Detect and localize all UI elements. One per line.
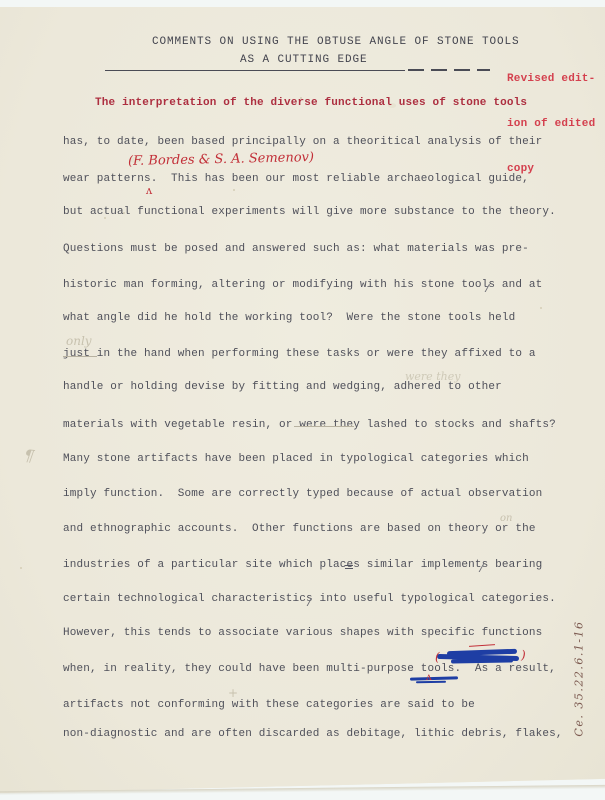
typed-line: what angle did he hold the working tool?… [63, 312, 515, 324]
title-underline-dashes [408, 69, 490, 71]
typed-line: imply function. Some are correctly typed… [63, 488, 542, 500]
document-title-line2: AS A CUTTING EDGE [240, 54, 368, 66]
typed-line: wear patterns. This has been our most re… [63, 173, 529, 185]
overstrike-s [345, 568, 353, 569]
typed-line: but actual functional experiments will g… [63, 206, 556, 218]
typed-line: non-diagnostic and are often discarded a… [63, 728, 563, 740]
red-paren-close: ) [521, 648, 526, 662]
margin-accession-number: Ce. 35.22.6.1-16 [573, 603, 586, 755]
pencil-strike-were-they [294, 426, 354, 427]
typed-line: However, this tends to associate various… [63, 627, 542, 639]
paper-speck [20, 567, 22, 569]
title-underline [105, 70, 405, 71]
pencil-words-were-they: were they [405, 370, 460, 383]
paper-speck [540, 307, 542, 309]
corner-note-line: ion of edited [507, 117, 603, 132]
inserted-comma-slash: / [478, 564, 485, 576]
typed-line: has, to date, been based principally on … [63, 136, 542, 148]
pencil-plus-mark: + [228, 686, 238, 700]
document-title-line1: COMMENTS ON USING THE OBTUSE ANGLE OF ST… [152, 36, 520, 48]
red-paren-open: ( [435, 650, 440, 664]
typed-line: Questions must be posed and answered suc… [63, 243, 529, 255]
typed-line: artifacts not conforming with these cate… [63, 699, 475, 711]
typed-line: industries of a particular site which pl… [63, 559, 542, 571]
pencil-word-only: only [66, 334, 92, 348]
blue-scribble-stroke [451, 658, 513, 663]
red-caret-under-tools: ʌ [426, 672, 432, 683]
inserted-comma-slash: / [484, 284, 491, 296]
document-scan: COMMENTS ON USING THE OBTUSE ANGLE OF ST… [0, 0, 605, 800]
overstrike-s [345, 565, 353, 566]
typed-line: and ethnographic accounts. Other functio… [63, 523, 536, 535]
typed-line: materials with vegetable resin, or were … [63, 419, 556, 431]
inserted-comma-slash: / [306, 598, 313, 610]
blue-scribble-crossout: ( ) [437, 648, 527, 665]
typed-line: just in the hand when performing these t… [63, 348, 536, 360]
opening-sentence-red: The interpretation of the diverse functi… [95, 97, 527, 109]
pencil-strike-just [63, 356, 97, 357]
paper-speck [233, 189, 235, 191]
insertion-caret-red: ʌ [146, 184, 152, 197]
typed-line: historic man forming, altering or modify… [63, 279, 542, 291]
corner-note-line: Revised edit- [507, 72, 603, 87]
pencil-insert-on: on [500, 513, 512, 524]
typed-line: Many stone artifacts have been placed in… [63, 453, 529, 465]
